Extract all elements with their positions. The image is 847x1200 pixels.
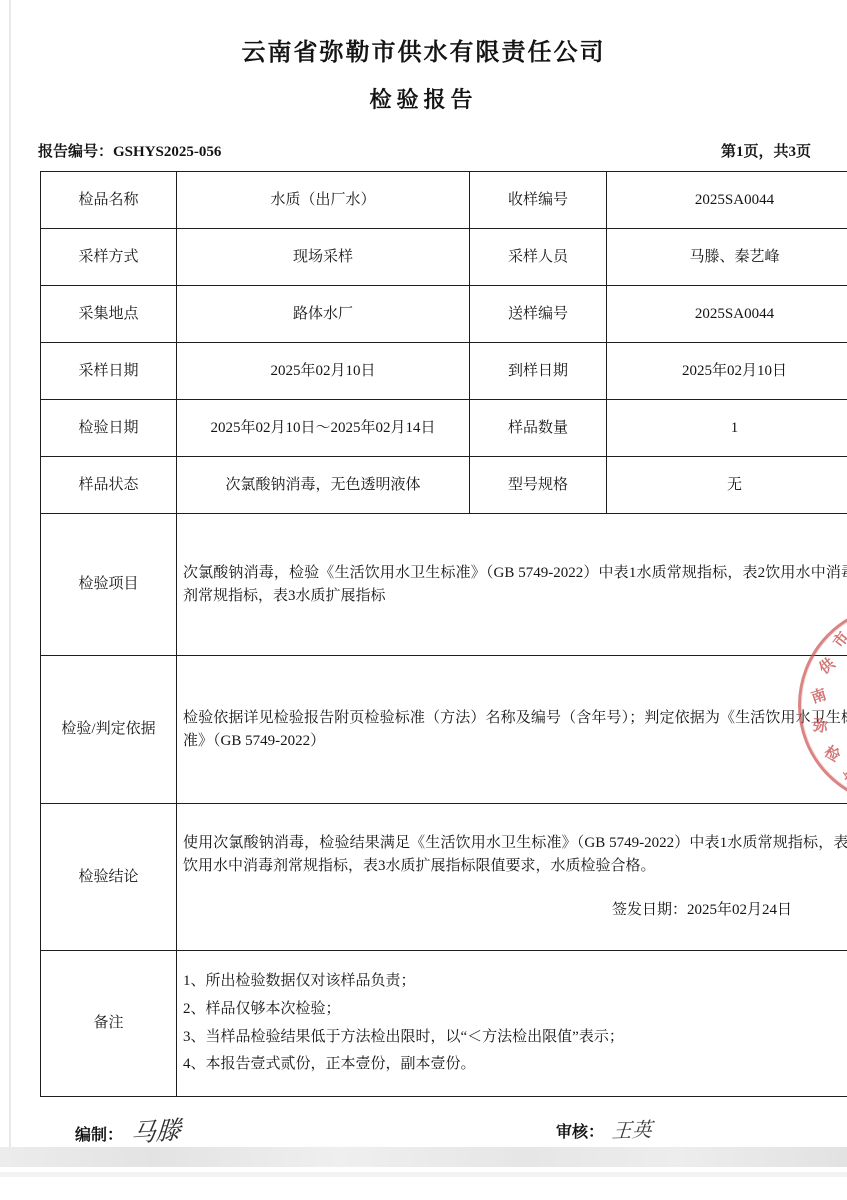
field-label: 检验结论 bbox=[41, 804, 177, 951]
remark-line: 2、样品仅够本次检验； bbox=[183, 996, 847, 1024]
field-value: 路体水厂 bbox=[177, 286, 470, 343]
seal-character: 章 bbox=[838, 763, 847, 787]
field-label: 采样人员 bbox=[470, 229, 607, 286]
field-label: 送样编号 bbox=[470, 286, 607, 343]
report-number-value: GSHYS2025-056 bbox=[113, 144, 221, 160]
reviewed-by-signature: 王英 bbox=[611, 1113, 653, 1143]
issue-date: 签发日期：2025年02月24日 bbox=[183, 899, 847, 922]
field-label: 采样方式 bbox=[41, 229, 177, 286]
scan-artifact-left-line bbox=[9, 0, 11, 1148]
remark-line: 3、当样品检验结果低于方法检出限时，以“＜方法检出限值”表示； bbox=[183, 1024, 847, 1052]
reviewed-by: 审核：王英 bbox=[556, 1114, 652, 1143]
report-number-label: 报告编号： bbox=[38, 144, 113, 160]
report-number: 报告编号：GSHYS2025-056 bbox=[38, 140, 221, 161]
inspection-conclusion-cell: 使用次氯酸钠消毒，检验结果满足《生活饮用水卫生标准》（GB 5749-2022）… bbox=[177, 804, 847, 951]
field-label: 检验/判定依据 bbox=[41, 656, 177, 804]
field-value: 1 bbox=[607, 400, 847, 457]
field-label: 样品数量 bbox=[470, 400, 607, 457]
seal-character: 供 bbox=[814, 653, 839, 679]
remarks-cell: 1、所出检验数据仅对该样品负责； 2、样品仅够本次检验； 3、当样品检验结果低于… bbox=[177, 951, 847, 1097]
table-row: 采样日期 2025年02月10日 到样日期 2025年02月10日 bbox=[41, 343, 847, 400]
table-row: 样品状态 次氯酸钠消毒，无色透明液体 型号规格 无 bbox=[41, 457, 847, 514]
field-value: 2025SA0044 bbox=[607, 286, 847, 343]
field-value: 马滕、秦艺峰 bbox=[607, 229, 847, 286]
page-indicator: 第1页，共3页 bbox=[721, 140, 811, 161]
seal-character: 市 bbox=[828, 627, 847, 652]
field-value: 水质（出厂水） bbox=[177, 172, 470, 229]
field-label: 采样日期 bbox=[41, 343, 177, 400]
scan-artifact-bottom-band-faint bbox=[0, 1172, 847, 1177]
field-label: 备注 bbox=[41, 951, 177, 1097]
scan-artifact-bottom-band bbox=[0, 1147, 847, 1167]
inspection-items-text: 次氯酸钠消毒，检验《生活饮用水卫生标准》（GB 5749-2022）中表1水质常… bbox=[177, 514, 847, 656]
field-label: 检验日期 bbox=[41, 400, 177, 457]
document-title: 检验报告 bbox=[0, 83, 847, 114]
table-row: 采样方式 现场采样 采样人员 马滕、秦艺峰 bbox=[41, 229, 847, 286]
field-label: 样品状态 bbox=[41, 457, 177, 514]
seal-character: 检 bbox=[821, 741, 845, 767]
field-value: 2025年02月10日～2025年02月14日 bbox=[177, 400, 470, 457]
field-value: 2025年02月10日 bbox=[177, 343, 470, 400]
table-row-inspection-basis: 检验/判定依据 检验依据详见检验报告附页检验标准（方法）名称及编号（含年号）；判… bbox=[41, 656, 847, 804]
prepared-by-signature: 马滕 bbox=[130, 1110, 182, 1150]
table-row: 检品名称 水质（出厂水） 收样编号 2025SA0044 bbox=[41, 172, 847, 229]
field-label: 检验项目 bbox=[41, 514, 177, 656]
table-row-inspection-items: 检验项目 次氯酸钠消毒，检验《生活饮用水卫生标准》（GB 5749-2022）中… bbox=[41, 514, 847, 656]
field-value: 2025年02月10日 bbox=[607, 343, 847, 400]
field-label: 检品名称 bbox=[41, 172, 177, 229]
report-meta-row: 报告编号：GSHYS2025-056 第1页，共3页 bbox=[38, 140, 811, 161]
field-label: 收样编号 bbox=[470, 172, 607, 229]
remark-line: 4、本报告壹式贰份，正本壹份，副本壹份。 bbox=[183, 1051, 847, 1079]
table-row-remarks: 备注 1、所出检验数据仅对该样品负责； 2、样品仅够本次检验； 3、当样品检验结… bbox=[41, 951, 847, 1097]
table-row: 采集地点 路体水厂 送样编号 2025SA0044 bbox=[41, 286, 847, 343]
table-row-inspection-conclusion: 检验结论 使用次氯酸钠消毒，检验结果满足《生活饮用水卫生标准》（GB 5749-… bbox=[41, 804, 847, 951]
seal-character: 南 bbox=[808, 683, 829, 708]
inspection-basis-text: 检验依据详见检验报告附页检验标准（方法）名称及编号（含年号）；判定依据为《生活饮… bbox=[177, 656, 847, 804]
field-value: 现场采样 bbox=[177, 229, 470, 286]
remark-line: 1、所出检验数据仅对该样品负责； bbox=[183, 968, 847, 996]
prepared-by-label: 编制： bbox=[75, 1127, 123, 1144]
field-value: 2025SA0044 bbox=[607, 172, 847, 229]
table-row: 检验日期 2025年02月10日～2025年02月14日 样品数量 1 bbox=[41, 400, 847, 457]
seal-character: 弥 bbox=[812, 714, 830, 737]
field-value: 无 bbox=[607, 457, 847, 514]
report-info-table: 检品名称 水质（出厂水） 收样编号 2025SA0044 采样方式 现场采样 采… bbox=[40, 171, 847, 1097]
company-title: 云南省弥勒市供水有限责任公司 bbox=[0, 0, 847, 67]
field-label: 采集地点 bbox=[41, 286, 177, 343]
prepared-by: 编制：马滕 bbox=[75, 1112, 181, 1148]
field-value: 次氯酸钠消毒，无色透明液体 bbox=[177, 457, 470, 514]
reviewed-by-label: 审核： bbox=[556, 1124, 604, 1141]
field-label: 型号规格 bbox=[470, 457, 607, 514]
field-label: 到样日期 bbox=[470, 343, 607, 400]
inspection-conclusion-text: 使用次氯酸钠消毒，检验结果满足《生活饮用水卫生标准》（GB 5749-2022）… bbox=[183, 832, 847, 877]
scanned-report-page: 云南省弥勒市供水有限责任公司 检验报告 报告编号：GSHYS2025-056 第… bbox=[0, 0, 847, 1200]
